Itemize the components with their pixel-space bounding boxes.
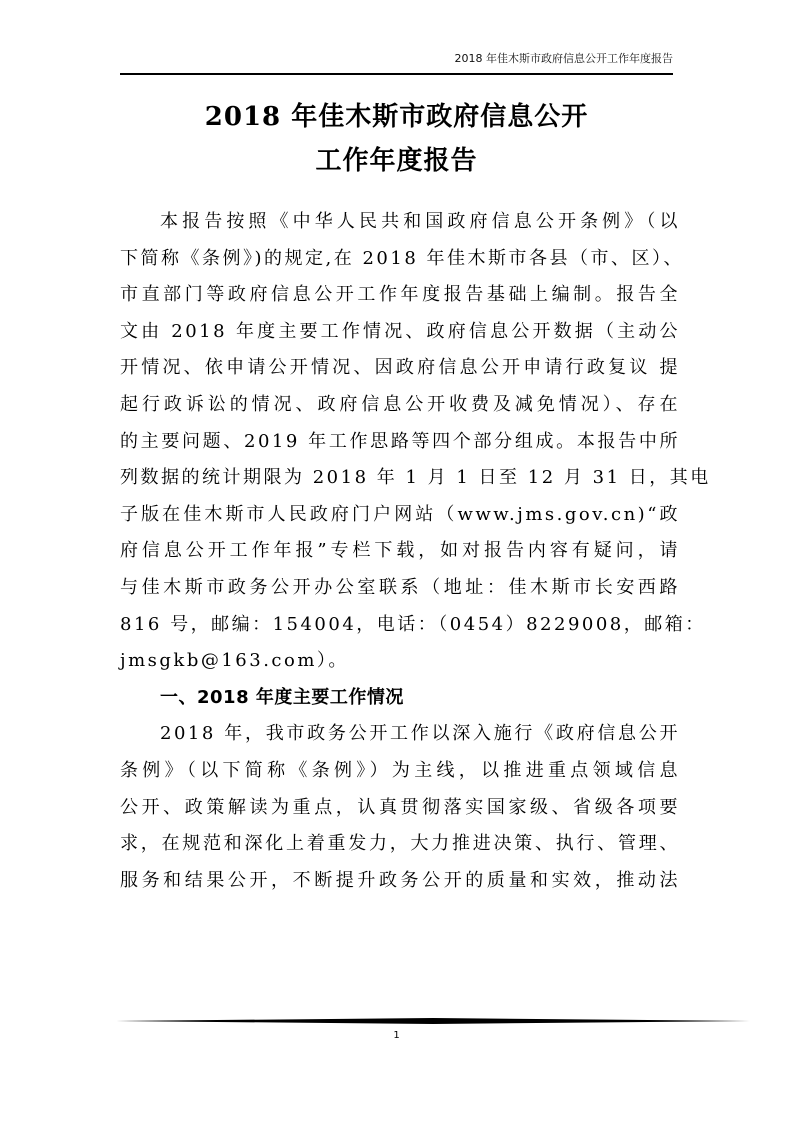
- text-line: 2018 年，我市政务公开工作以深入施行《政府信息公开: [120, 716, 680, 753]
- section1-paragraph: 2018 年，我市政务公开工作以深入施行《政府信息公开 条例》（以下简称《条例》…: [120, 716, 680, 899]
- text-line: 的主要问题、2019 年工作思路等四个部分组成。本报告中所: [120, 424, 680, 461]
- text-line: jmsgkb@163.com）。: [120, 643, 680, 680]
- page-number: 1: [0, 1030, 793, 1041]
- text-line: 条例》（以下简称《条例》）为主线，以推进重点领域信息: [120, 753, 680, 790]
- intro-paragraph: 本报告按照《中华人民共和国政府信息公开条例》（以 下简称《条例》)的规定,在 2…: [120, 204, 680, 680]
- text-line: 市直部门等政府信息公开工作年度报告基础上编制。报告全: [120, 277, 680, 314]
- document-body: 本报告按照《中华人民共和国政府信息公开条例》（以 下简称《条例》)的规定,在 2…: [120, 204, 680, 899]
- text-line: 府信息公开工作年报”专栏下载，如对报告内容有疑问，请: [120, 533, 680, 570]
- text-line: 子版在佳木斯市人民政府门户网站（www.jms.gov.cn)“政: [120, 497, 680, 534]
- text-line: 开情况、依申请公开情况、因政府信息公开申请行政复议 提: [120, 350, 680, 387]
- text-line: 公开、政策解读为重点，认真贯彻落实国家级、省级各项要: [120, 790, 680, 827]
- footer-rule: [116, 1018, 750, 1024]
- text-line: 求，在规范和深化上着重发力，大力推进决策、执行、管理、: [120, 826, 680, 863]
- text-line: 起行政诉讼的情况、政府信息公开收费及减免情况）、存在: [120, 387, 680, 424]
- section-heading: 一、2018 年度主要工作情况: [120, 680, 680, 717]
- text-line: 816 号，邮编：154004，电话：（0454）8229008，邮箱：: [120, 607, 680, 644]
- document-title-line-2: 工作年度报告: [0, 140, 793, 177]
- running-header: 2018 年佳木斯市政府信息公开工作年度报告: [440, 52, 673, 66]
- text-line: 服务和结果公开，不断提升政务公开的质量和实效，推动法: [120, 863, 680, 900]
- text-line: 下简称《条例》)的规定,在 2018 年佳木斯市各县（市、区）、: [120, 241, 680, 278]
- text-line: 列数据的统计期限为 2018 年 1 月 1 日至 12 月 31 日，其电: [120, 460, 680, 497]
- text-line: 文由 2018 年度主要工作情况、政府信息公开数据（主动公: [120, 314, 680, 351]
- text-line: 与佳木斯市政务公开办公室联系（地址：佳木斯市长安西路: [120, 570, 680, 607]
- header-rule: [120, 73, 673, 75]
- document-title-line-1: 2018 年佳木斯市政府信息公开: [0, 96, 793, 133]
- text-line: 本报告按照《中华人民共和国政府信息公开条例》（以: [120, 204, 680, 241]
